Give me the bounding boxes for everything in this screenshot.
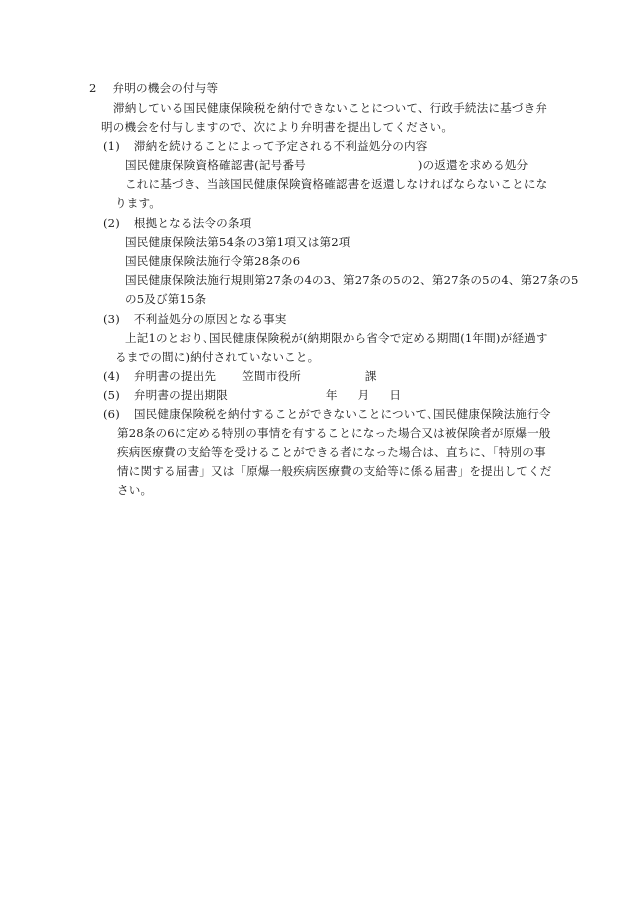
item-1-line-2: これに基づき、当該国民健康保険資格確認書を返還しなければならないことにな [125,177,547,191]
section-heading: 2弁明の機会の付与等 [89,81,218,95]
item-6-line-2: 第28条の6に定める特別の事情を有することになった場合又は被保険者が原爆一般 [117,426,551,440]
item-2-line-1: 国民健康保険法第54条の3第1項又は第2項 [125,235,351,249]
submission-office: 笠間市役所 [242,369,301,383]
item-number: (3) [103,312,120,326]
item-3-heading: (3)不利益処分の原因となる事実 [103,312,287,326]
certificate-text: 国民健康保険資格確認書(記号番号 [125,158,306,172]
item-number: (5) [103,388,120,402]
department-suffix: 課 [365,369,377,383]
item-number: (1) [103,139,120,153]
item-number: (2) [103,216,120,230]
item-2-heading: (2)根拠となる法令の条項 [103,216,251,230]
item-5-heading: (5)弁明書の提出期限年月日 [103,388,401,402]
item-4-heading: (4)弁明書の提出先笠間市役所課 [103,369,377,383]
item-6-line-1: (6)国民健康保険税を納付することができないことについて､国民健康保険法施行令 [103,407,551,421]
item-2-line-3: 国民健康保険法施行規則第27条の4の3、第27条の5の2、第27条の5の4、第2… [125,273,578,287]
return-disposition-text: )の返還を求める処分 [418,158,528,172]
deadline-day: 日 [389,388,401,402]
item-3-line-2: るまでの間に)納付されていないこと。 [115,350,319,364]
item-1-heading: (1)滞納を続けることによって予定される不利益処分の内容 [103,139,427,153]
section-number: 2 [89,81,97,95]
intro-line-2: 明の機会を付与しますので、次により弁明書を提出してください。 [101,120,453,134]
item-6-line-5: さい。 [117,483,152,497]
item-2-line-4: の5及び第15条 [125,292,206,306]
item-heading: 滞納を続けることによって予定される不利益処分の内容 [134,139,428,153]
item-1-line-1: 国民健康保険資格確認書(記号番号)の返還を求める処分 [125,158,528,172]
item-number: (4) [103,369,120,383]
deadline-year: 年 [326,388,338,402]
section-title: 弁明の機会の付与等 [113,81,219,95]
item-6-text: 国民健康保険税を納付することができないことについて､国民健康保険法施行令 [134,407,551,421]
item-heading: 根拠となる法令の条項 [134,216,251,230]
item-heading: 不利益処分の原因となる事実 [134,312,287,326]
item-6-line-4: 情に関する届書」又は「原爆一般疾病医療費の支給等に係る届書」を提出してくだ [117,464,552,478]
intro-line-1: 滞納している国民健康保険税を納付できないことについて、行政手続法に基づき弁 [113,101,547,115]
item-6-line-3: 疾病医療費の支給等を受けることができる者になった場合は、直ちに、「特別の事 [117,445,546,459]
item-2-line-2: 国民健康保険法施行令第28条の6 [125,254,300,268]
item-heading: 弁明書の提出先 [134,369,216,383]
item-heading: 弁明書の提出期限 [134,388,228,402]
item-3-line-1: 上記1のとおり､国民健康保険税が(納期限から省令で定める期間(1年間)が経過す [125,331,548,345]
deadline-month: 月 [358,388,370,402]
item-number: (6) [103,407,120,421]
item-1-line-3: ります。 [115,196,161,210]
